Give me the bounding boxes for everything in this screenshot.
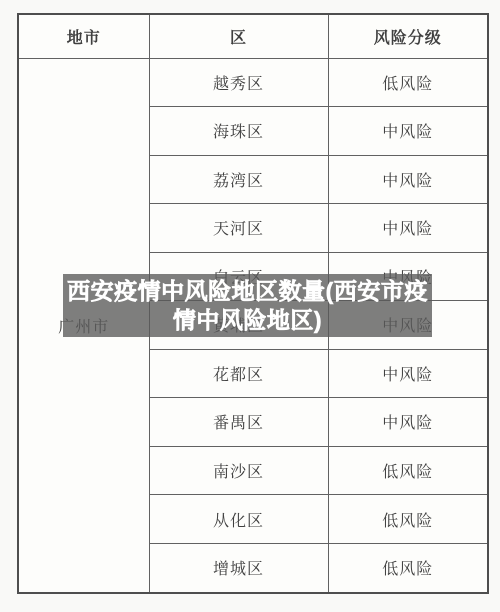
district-cell: 增城区 — [149, 543, 328, 593]
risk-cell: 中风险 — [328, 398, 488, 447]
risk-cell: 低风险 — [328, 495, 488, 544]
district-cell: 越秀区 — [149, 58, 328, 107]
header-district: 区 — [149, 14, 328, 58]
risk-cell: 中风险 — [328, 155, 488, 204]
table-row: 广州市越秀区低风险 — [18, 58, 488, 107]
risk-cell: 低风险 — [328, 446, 488, 495]
district-cell: 海珠区 — [149, 107, 328, 156]
watermark-banner: 西安疫情中风险地区数量(西安市疫 情中风险地区) — [63, 274, 432, 337]
risk-cell: 中风险 — [328, 107, 488, 156]
risk-cell: 中风险 — [328, 204, 488, 253]
risk-cell: 中风险 — [328, 349, 488, 398]
header-risk-level: 风险分级 — [328, 14, 488, 58]
district-cell: 南沙区 — [149, 446, 328, 495]
page: 地市 区 风险分级 广州市越秀区低风险海珠区中风险荔湾区中风险天河区中风险白云区… — [0, 0, 500, 612]
district-cell: 荔湾区 — [149, 155, 328, 204]
district-cell: 花都区 — [149, 349, 328, 398]
risk-cell: 低风险 — [328, 58, 488, 107]
district-cell: 天河区 — [149, 204, 328, 253]
risk-cell: 低风险 — [328, 543, 488, 593]
district-cell: 从化区 — [149, 495, 328, 544]
watermark-line-1: 西安疫情中风险地区数量(西安市疫 — [67, 277, 428, 306]
table-header-row: 地市 区 风险分级 — [18, 14, 488, 58]
district-cell: 番禺区 — [149, 398, 328, 447]
watermark-line-2: 情中风险地区) — [173, 306, 322, 335]
header-city: 地市 — [18, 14, 149, 58]
